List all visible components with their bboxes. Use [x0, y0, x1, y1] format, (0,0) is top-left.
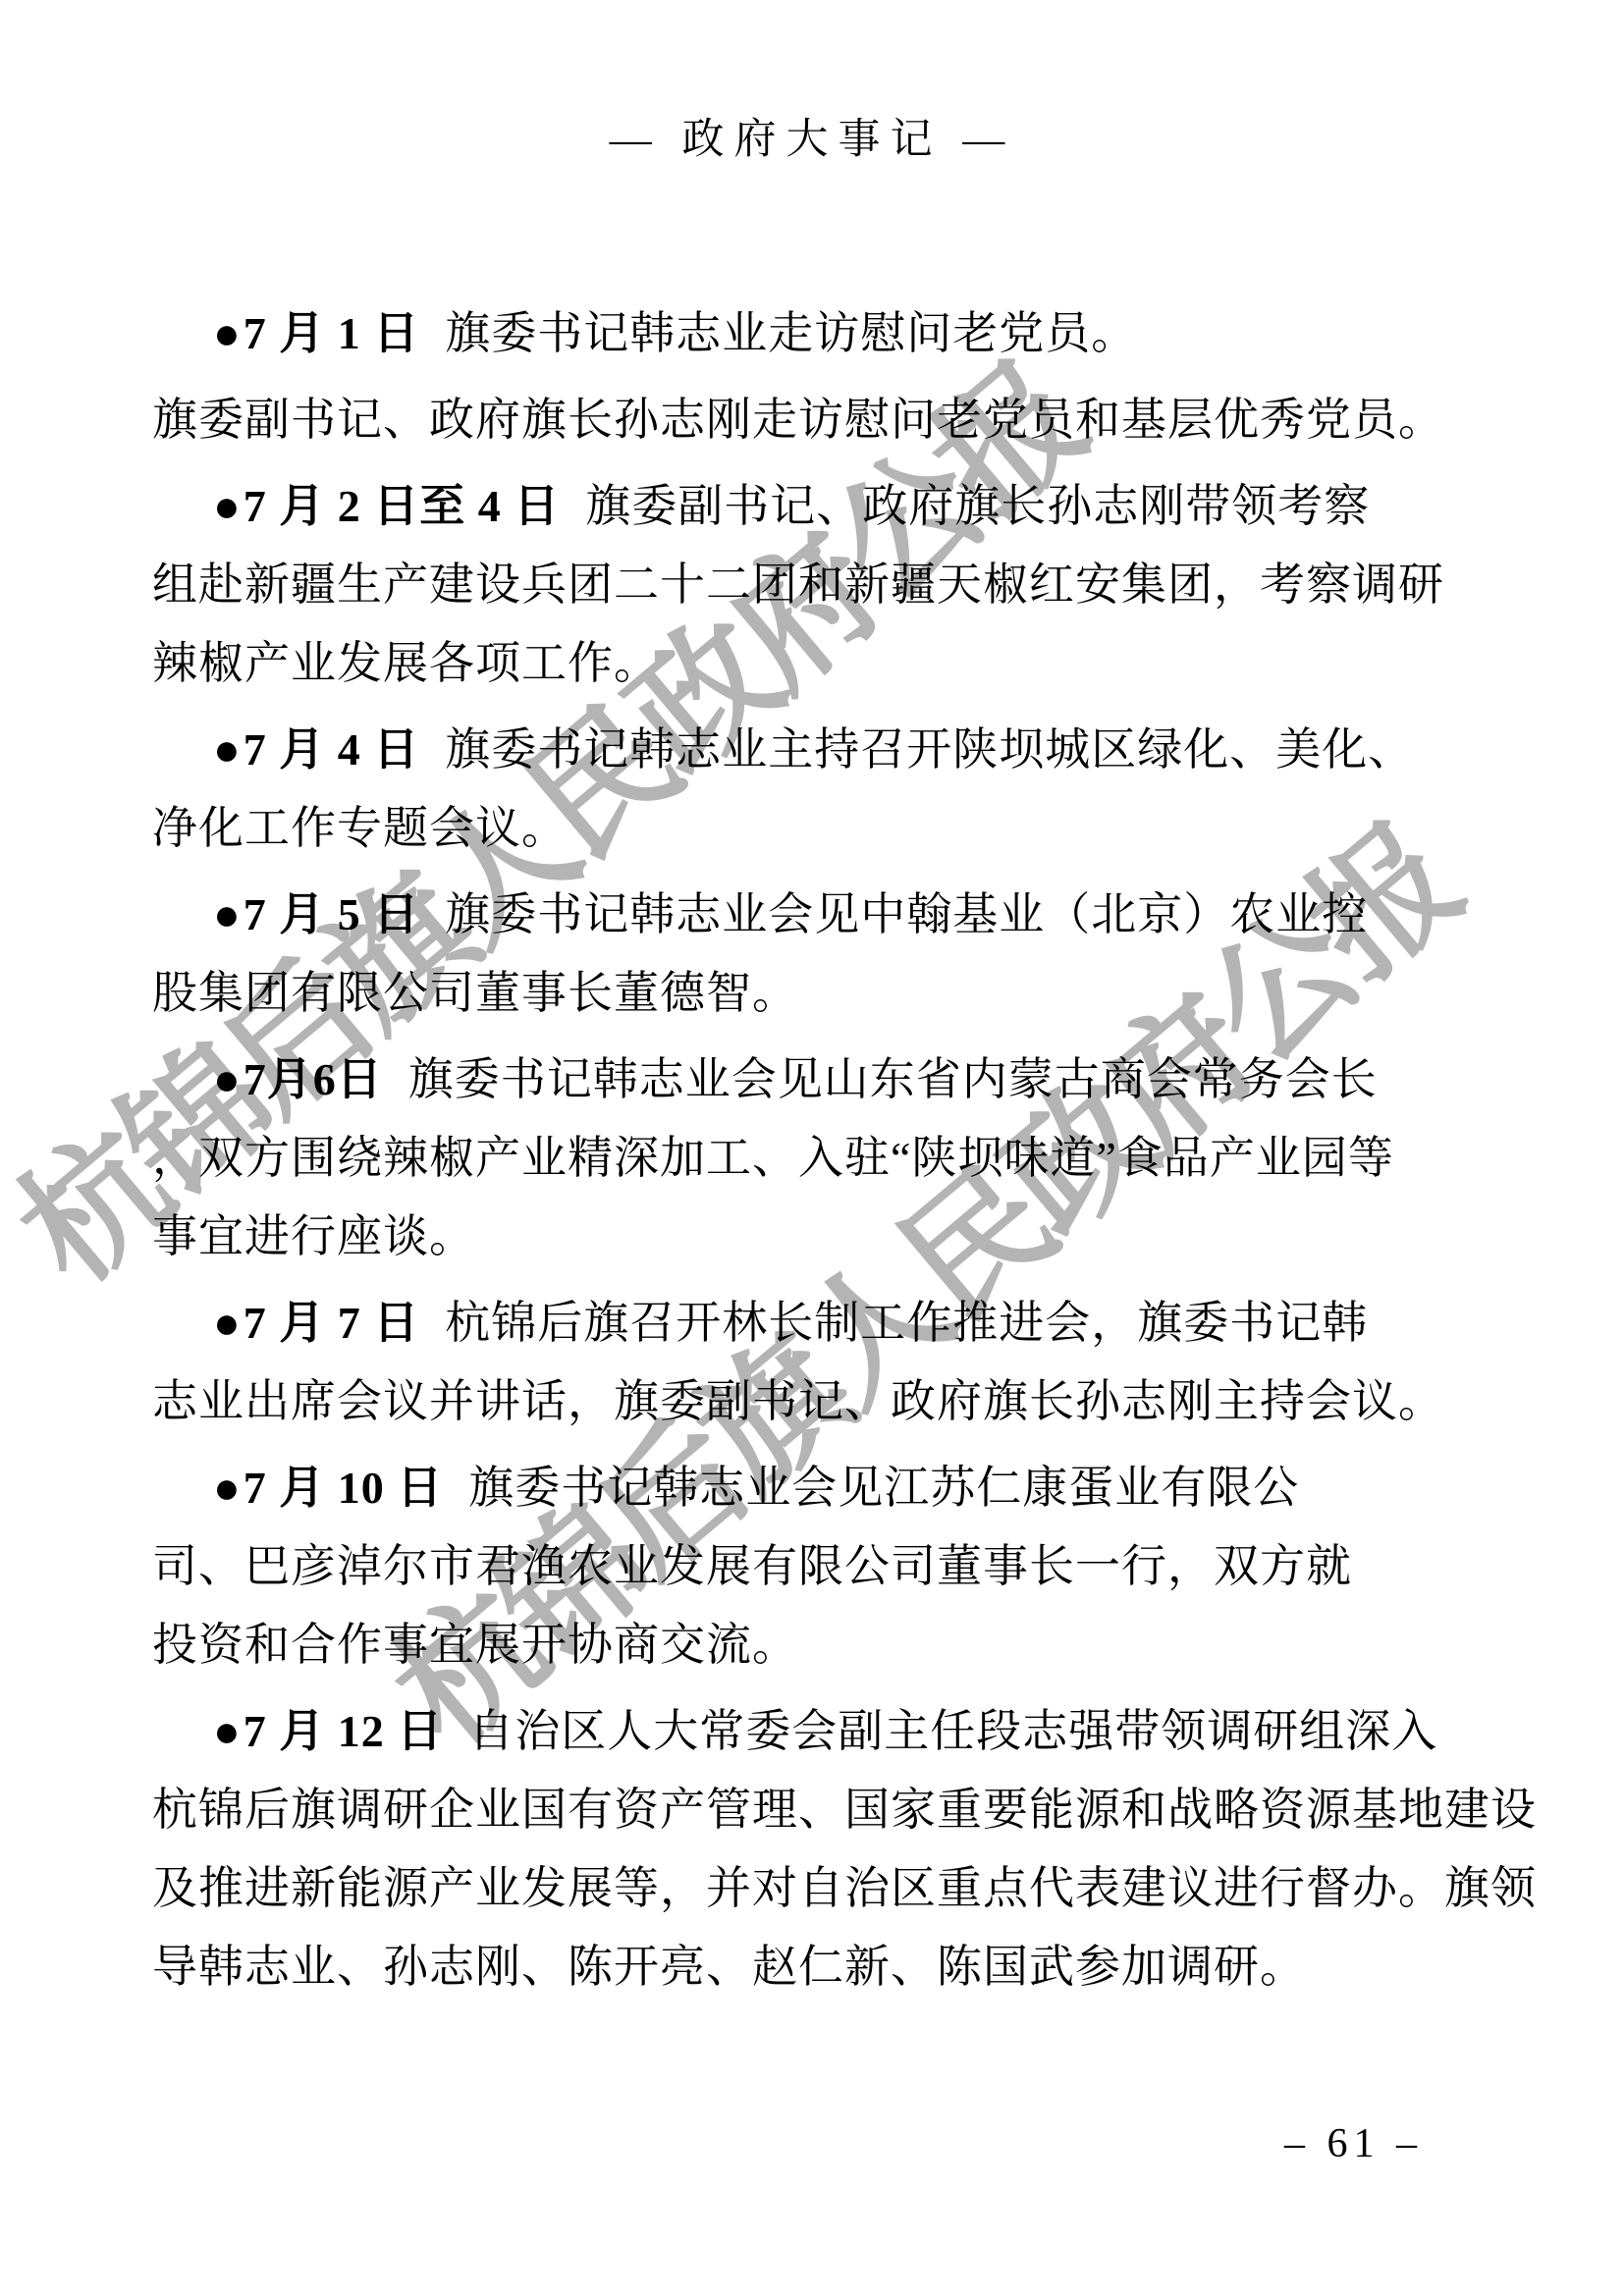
- event-date: 7月6日: [244, 1054, 383, 1104]
- event-line: 组赴新疆生产建设兵团二十二团和新疆天椒红安集团，考察调研: [152, 546, 1480, 624]
- event-text: 旗委副书记、政府旗长孙志刚带领考察: [585, 481, 1370, 531]
- bullet-icon: ●: [213, 889, 242, 939]
- event-first-line: ●7 月 5 日旗委书记韩志业会见中翰基业（北京）农业控: [152, 876, 1480, 954]
- event-line: 志业出席会议并讲话，旗委副书记、政府旗长孙志刚主持会议。: [152, 1362, 1480, 1441]
- event-line: ，双方围绕辣椒产业精深加工、入驻“陕坝味道”食品产业园等: [152, 1119, 1480, 1198]
- event-first-line: ●7 月 2 日至 4 日旗委副书记、政府旗长孙志刚带领考察: [152, 467, 1480, 546]
- chronicle-content: ●7 月 1 日旗委书记韩志业走访慰问老党员。旗委副书记、政府旗长孙志刚走访慰问…: [152, 294, 1480, 2006]
- gazette-page: 杭锦后旗人民政府公报 杭锦后旗人民政府公报 — 政府大事记 — ●7 月 1 日…: [0, 0, 1624, 2296]
- event-line: 辣椒产业发展各项工作。: [152, 624, 1480, 703]
- event-text: 自治区人大常委会副主任段志强带领调研组深入: [468, 1706, 1437, 1756]
- event-text: 旗委书记韩志业会见江苏仁康蛋业有限公: [468, 1463, 1299, 1513]
- event-line: 导韩志业、孙志刚、陈开亮、赵仁新、陈国武参加调研。: [152, 1928, 1480, 2006]
- bullet-icon: ●: [213, 308, 242, 358]
- bullet-icon: ●: [213, 1706, 242, 1756]
- event-line: 旗委副书记、政府旗长孙志刚走访慰问老党员和基层优秀党员。: [152, 381, 1480, 459]
- event-paragraph: 旗委副书记、政府旗长孙志刚走访慰问老党员和基层优秀党员。: [152, 381, 1480, 459]
- event-date: 7 月 7 日: [244, 1298, 420, 1348]
- page-number: – 61 –: [1284, 2120, 1423, 2167]
- event-text: 旗委书记韩志业走访慰问老党员。: [445, 308, 1137, 358]
- event-first-line: ●7月6日旗委书记韩志业会见山东省内蒙古商会常务会长: [152, 1041, 1480, 1119]
- event-first-line: ●7 月 10 日旗委书记韩志业会见江苏仁康蛋业有限公: [152, 1449, 1480, 1527]
- event-date: 7 月 5 日: [244, 889, 420, 939]
- event-line: 杭锦后旗调研企业国有资产管理、国家重要能源和战略资源基地建设: [152, 1771, 1480, 1849]
- event-paragraph: ●7月6日旗委书记韩志业会见山东省内蒙古商会常务会长，双方围绕辣椒产业精深加工、…: [152, 1041, 1480, 1276]
- event-first-line: ●7 月 4 日旗委书记韩志业主持召开陕坝城区绿化、美化、: [152, 711, 1480, 789]
- event-date: 7 月 4 日: [244, 724, 420, 774]
- event-line: 及推进新能源产业发展等，并对自治区重点代表建议进行督办。旗领: [152, 1849, 1480, 1928]
- event-date: 7 月 1 日: [244, 308, 420, 358]
- event-text: 杭锦后旗召开林长制工作推进会，旗委书记韩: [445, 1298, 1368, 1348]
- page-title: — 政府大事记 —: [0, 106, 1624, 166]
- bullet-icon: ●: [213, 724, 242, 774]
- event-paragraph: ●7 月 4 日旗委书记韩志业主持召开陕坝城区绿化、美化、净化工作专题会议。: [152, 711, 1480, 868]
- bullet-icon: ●: [213, 1463, 242, 1513]
- event-text: 旗委书记韩志业会见山东省内蒙古商会常务会长: [408, 1054, 1378, 1104]
- event-line: 事宜进行座谈。: [152, 1198, 1480, 1276]
- event-line: 净化工作专题会议。: [152, 789, 1480, 868]
- event-text: 旗委书记韩志业主持召开陕坝城区绿化、美化、: [445, 724, 1414, 774]
- event-first-line: ●7 月 1 日旗委书记韩志业走访慰问老党员。: [152, 294, 1480, 373]
- event-first-line: ●7 月 7 日杭锦后旗召开林长制工作推进会，旗委书记韩: [152, 1284, 1480, 1362]
- event-date: 7 月 12 日: [244, 1706, 444, 1756]
- event-line: 司、巴彦淖尔市君渔农业发展有限公司董事长一行，双方就: [152, 1527, 1480, 1606]
- event-paragraph: ●7 月 1 日旗委书记韩志业走访慰问老党员。: [152, 294, 1480, 373]
- event-line: 投资和合作事宜展开协商交流。: [152, 1606, 1480, 1684]
- bullet-icon: ●: [213, 1054, 242, 1104]
- event-text: 旗委书记韩志业会见中翰基业（北京）农业控: [445, 889, 1368, 939]
- event-paragraph: ●7 月 12 日自治区人大常委会副主任段志强带领调研组深入杭锦后旗调研企业国有…: [152, 1692, 1480, 2006]
- event-date: 7 月 2 日至 4 日: [244, 481, 561, 531]
- event-line: 股集团有限公司董事长董德智。: [152, 954, 1480, 1033]
- event-paragraph: ●7 月 5 日旗委书记韩志业会见中翰基业（北京）农业控股集团有限公司董事长董德…: [152, 876, 1480, 1033]
- event-first-line: ●7 月 12 日自治区人大常委会副主任段志强带领调研组深入: [152, 1692, 1480, 1771]
- event-paragraph: ●7 月 7 日杭锦后旗召开林长制工作推进会，旗委书记韩志业出席会议并讲话，旗委…: [152, 1284, 1480, 1441]
- event-date: 7 月 10 日: [244, 1463, 444, 1513]
- bullet-icon: ●: [213, 1298, 242, 1348]
- event-paragraph: ●7 月 2 日至 4 日旗委副书记、政府旗长孙志刚带领考察组赴新疆生产建设兵团…: [152, 467, 1480, 703]
- bullet-icon: ●: [213, 481, 242, 531]
- event-paragraph: ●7 月 10 日旗委书记韩志业会见江苏仁康蛋业有限公司、巴彦淖尔市君渔农业发展…: [152, 1449, 1480, 1684]
